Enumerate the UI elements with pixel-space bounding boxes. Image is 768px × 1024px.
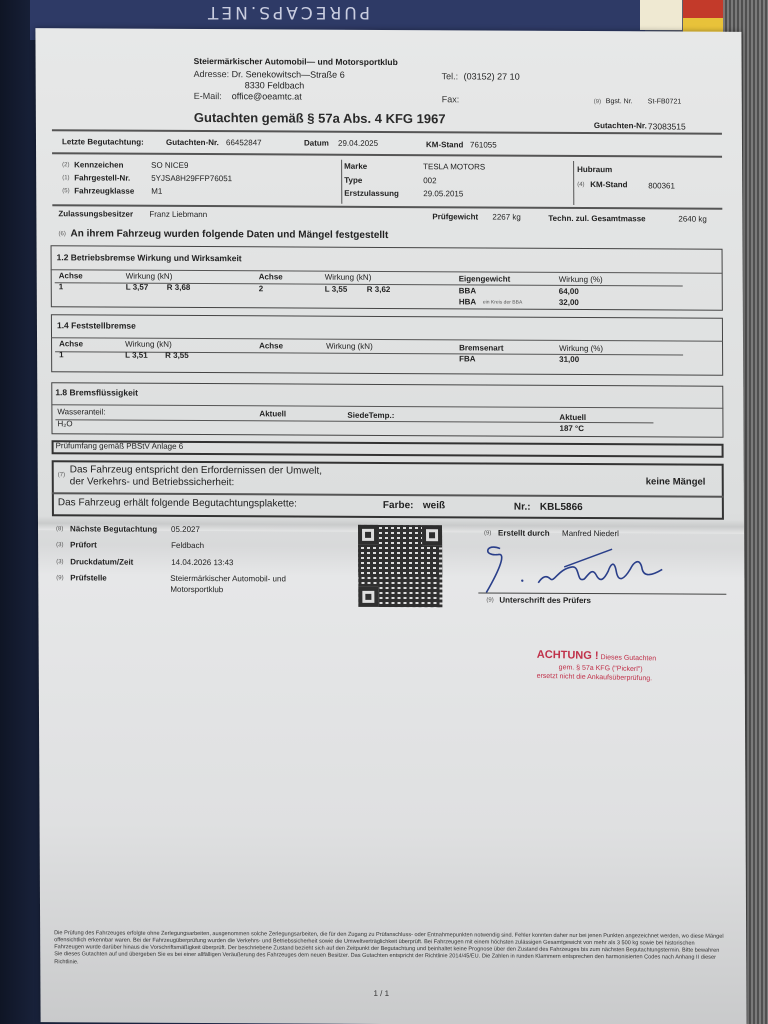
fb-header-wirkung-pct: Wirkung (%) bbox=[559, 345, 603, 354]
inspector-signature bbox=[476, 538, 676, 595]
fb-axle1-right: R 3,55 bbox=[165, 352, 189, 361]
findings-code: (6) bbox=[58, 231, 65, 238]
betriebsbremse-title: 1.2 Betriebsbremse Wirkung und Wirksamke… bbox=[57, 253, 242, 263]
type-value: 002 bbox=[423, 177, 436, 186]
siedetemp-label: SiedeTemp.: bbox=[347, 412, 394, 421]
sig-label: Unterschrift des Prüfers bbox=[499, 597, 591, 606]
bb-axle1-left: L 3,57 bbox=[126, 284, 149, 293]
hba-label: HBA bbox=[459, 298, 476, 307]
last-datum-value: 29.04.2025 bbox=[338, 140, 378, 149]
stelle-code: (9) bbox=[56, 575, 63, 582]
achtung-stamp: ACHTUNG ! Dieses Gutachten gem. § 57a KF… bbox=[537, 648, 657, 684]
vehicle-column-divider-2 bbox=[573, 161, 574, 205]
pruefort-label: Prüfort bbox=[70, 541, 97, 550]
last-gutachten-nr-label: Gutachten-Nr. bbox=[166, 139, 219, 148]
address-line1: Dr. Senekowitsch—Straße 6 bbox=[232, 70, 345, 80]
gutachten-nr-label: Gutachten-Nr. bbox=[594, 122, 647, 131]
fb-wirkung: 31,00 bbox=[559, 356, 579, 365]
club-name: Steiermärkischer Automobil— und Motorspo… bbox=[194, 57, 398, 67]
erstellt-label: Erstellt durch bbox=[498, 530, 550, 539]
marke-value: TESLA MOTORS bbox=[423, 163, 485, 172]
stamp-heading: ACHTUNG ! bbox=[537, 649, 599, 662]
farbe-label: Farbe: bbox=[383, 500, 414, 511]
druck-label: Druckdatum/Zeit bbox=[70, 558, 133, 567]
fb-axle1-left: L 3,51 bbox=[125, 352, 148, 361]
fb-bremsenart: FBA bbox=[459, 355, 475, 364]
bb-header-achse1: Achse bbox=[59, 272, 83, 281]
bgst-label: Bgst. Nr. bbox=[606, 98, 633, 106]
plakette-label: Das Fahrzeug erhält folgende Begutachtun… bbox=[58, 497, 297, 509]
druck-value: 14.04.2026 13:43 bbox=[171, 559, 233, 568]
email-value: office@oeamtc.at bbox=[232, 92, 302, 102]
fb-header-bremsenart: Bremsenart bbox=[459, 344, 504, 353]
page-number: 1 / 1 bbox=[373, 990, 389, 999]
klasse-label: Fahrzeugklasse bbox=[74, 187, 134, 196]
gutachten-nr-value: 73083515 bbox=[648, 122, 686, 132]
fb-header-wirkung1: Wirkung (kN) bbox=[125, 341, 172, 350]
bba-value: 64,00 bbox=[559, 288, 579, 297]
pruefgewicht-value: 2267 kg bbox=[492, 214, 521, 223]
next-code: (8) bbox=[56, 526, 63, 533]
result-line2: der Verkehrs- und Betriebssicherheit: bbox=[70, 476, 235, 488]
erstellt-value: Manfred Niederl bbox=[562, 530, 619, 539]
fb-header-wirkung2: Wirkung (kN) bbox=[326, 343, 373, 352]
bremsfluessigkeit-section bbox=[51, 382, 723, 438]
kennzeichen-label: Kennzeichen bbox=[74, 161, 123, 170]
sig-code: (9) bbox=[486, 598, 493, 605]
tel-label: Tel.: bbox=[442, 72, 459, 82]
pruefort-code: (3) bbox=[56, 542, 63, 549]
gesamtmasse-value: 2640 kg bbox=[678, 216, 707, 225]
last-km-label: KM-Stand bbox=[426, 141, 463, 150]
fb-axle1: 1 bbox=[59, 351, 63, 360]
tel-value: (03152) 27 10 bbox=[464, 72, 520, 82]
qr-finder-pattern bbox=[358, 525, 378, 545]
bb-axle2-right: R 3,62 bbox=[367, 286, 391, 295]
document-title: Gutachten gemäß § 57a Abs. 4 KFG 1967 bbox=[194, 111, 446, 127]
folder-brand-text: PURECAPS.NET bbox=[205, 2, 370, 22]
erstellt-code: (9) bbox=[484, 530, 491, 537]
last-gutachten-nr-value: 66452847 bbox=[226, 139, 262, 148]
stelle-label: Prüfstelle bbox=[70, 574, 107, 583]
stamp-line1: Dieses Gutachten bbox=[600, 654, 656, 662]
last-inspection-label: Letzte Begutachtung: bbox=[62, 138, 144, 147]
hba-value: 32,00 bbox=[559, 299, 579, 308]
besitzer-value: Franz Liebmann bbox=[149, 211, 207, 220]
klasse-value: M1 bbox=[151, 188, 162, 197]
hubraum-label: Hubraum bbox=[577, 166, 612, 175]
email-label: E-Mail: bbox=[194, 92, 222, 102]
km-value: 800361 bbox=[648, 182, 675, 191]
background-sticky-note-red bbox=[683, 0, 725, 18]
siedetemp-value: 187 °C bbox=[559, 425, 584, 434]
erstzulassung-value: 29.05.2015 bbox=[423, 190, 463, 199]
bba-label: BBA bbox=[459, 287, 476, 296]
plakette-nr-label: Nr.: bbox=[514, 502, 531, 513]
fax-label: Fax: bbox=[442, 95, 460, 105]
pruefumfang-text: Prüfumfang gemäß PBStV Anlage 6 bbox=[56, 442, 184, 451]
result-line1: Das Fahrzeug entspricht den Erforderniss… bbox=[70, 464, 322, 476]
qr-code[interactable] bbox=[358, 525, 442, 607]
last-km-value: 761055 bbox=[470, 141, 497, 150]
kennzeichen-value: SO NICE9 bbox=[151, 162, 188, 171]
findings-heading: An ihrem Fahrzeug wurden folgende Daten … bbox=[70, 228, 388, 241]
background-paper-note bbox=[640, 0, 682, 30]
erstzulassung-label: Erstzulassung bbox=[344, 190, 399, 199]
stelle-line1: Steiermärkischer Automobil- und bbox=[170, 575, 286, 584]
bgst-code: (9) bbox=[594, 99, 601, 106]
vehicle-column-divider bbox=[341, 160, 342, 204]
next-label: Nächste Begutachtung bbox=[70, 525, 157, 534]
address-line2: 8330 Feldbach bbox=[245, 81, 305, 91]
bb-axle2-left: L 3,55 bbox=[325, 286, 348, 295]
bb-axle1-right: R 3,68 bbox=[167, 284, 191, 293]
besitzer-label: Zulassungsbesitzer bbox=[58, 210, 133, 219]
address-label: Adresse: bbox=[194, 70, 230, 80]
bb-header-achse2: Achse bbox=[259, 273, 283, 282]
marke-label: Marke bbox=[344, 163, 367, 172]
qr-finder-pattern bbox=[358, 587, 378, 607]
bb-header-wirkung-pct: Wirkung (%) bbox=[559, 276, 603, 285]
bgst-value: St-FB0721 bbox=[648, 98, 682, 106]
h2o-label: H₂O bbox=[57, 420, 72, 429]
farbe-value: weiß bbox=[423, 500, 445, 511]
inspection-report-document: Steiermärkischer Automobil— und Motorspo… bbox=[35, 28, 746, 1024]
kennzeichen-code: (2) bbox=[62, 162, 69, 169]
plakette-nr-value: KBL5866 bbox=[540, 502, 583, 513]
fb-header-achse1: Achse bbox=[59, 340, 83, 349]
wasseranteil-label: Wasseranteil: bbox=[57, 408, 105, 417]
type-label: Type bbox=[344, 177, 362, 186]
gesamtmasse-label: Techn. zul. Gesamtmasse bbox=[548, 215, 645, 224]
stamp-line3: ersetzt nicht die Ankaufsüberprüfung. bbox=[537, 672, 656, 684]
km-label: KM-Stand bbox=[590, 181, 627, 190]
bb-header-wirkung2: Wirkung (kN) bbox=[325, 274, 372, 283]
fahrgestell-value: 5YJSA8H29FFP76051 bbox=[151, 175, 232, 184]
fahrgestell-label: Fahrgestell-Nr. bbox=[74, 174, 130, 183]
bb-axle1: 1 bbox=[59, 283, 63, 292]
klasse-code: (5) bbox=[62, 188, 69, 195]
vehicle-top-divider bbox=[52, 152, 722, 158]
druck-code: (3) bbox=[56, 559, 63, 566]
legal-disclaimer: Die Prüfung des Fahrzeuges erfolgte ohne… bbox=[54, 930, 724, 969]
last-datum-label: Datum bbox=[304, 140, 329, 149]
km-code: (4) bbox=[577, 182, 584, 189]
feststellbremse-title: 1.4 Feststellbremse bbox=[57, 321, 136, 331]
fahrgestell-code: (1) bbox=[62, 175, 69, 182]
bb-header-wirkung1: Wirkung (kN) bbox=[126, 273, 173, 282]
bremsfluessigkeit-title: 1.8 Bremsflüssigkeit bbox=[55, 388, 138, 398]
pruefort-value: Feldbach bbox=[171, 542, 204, 551]
hba-note: ein Kreis der BBA bbox=[483, 300, 522, 306]
result-code: (7) bbox=[58, 472, 65, 479]
result-verdict: keine Mängel bbox=[646, 477, 706, 488]
qr-finder-pattern bbox=[422, 525, 442, 545]
wasseranteil-aktuell-label: Aktuell bbox=[259, 410, 286, 419]
bb-header-eigengewicht: Eigengewicht bbox=[459, 275, 511, 284]
fb-header-achse2: Achse bbox=[259, 342, 283, 351]
stelle-line2: Motorsportklub bbox=[170, 586, 223, 595]
bb-axle2: 2 bbox=[259, 285, 263, 294]
pruefgewicht-label: Prüfgewicht bbox=[432, 213, 478, 222]
next-value: 05.2027 bbox=[171, 526, 200, 535]
